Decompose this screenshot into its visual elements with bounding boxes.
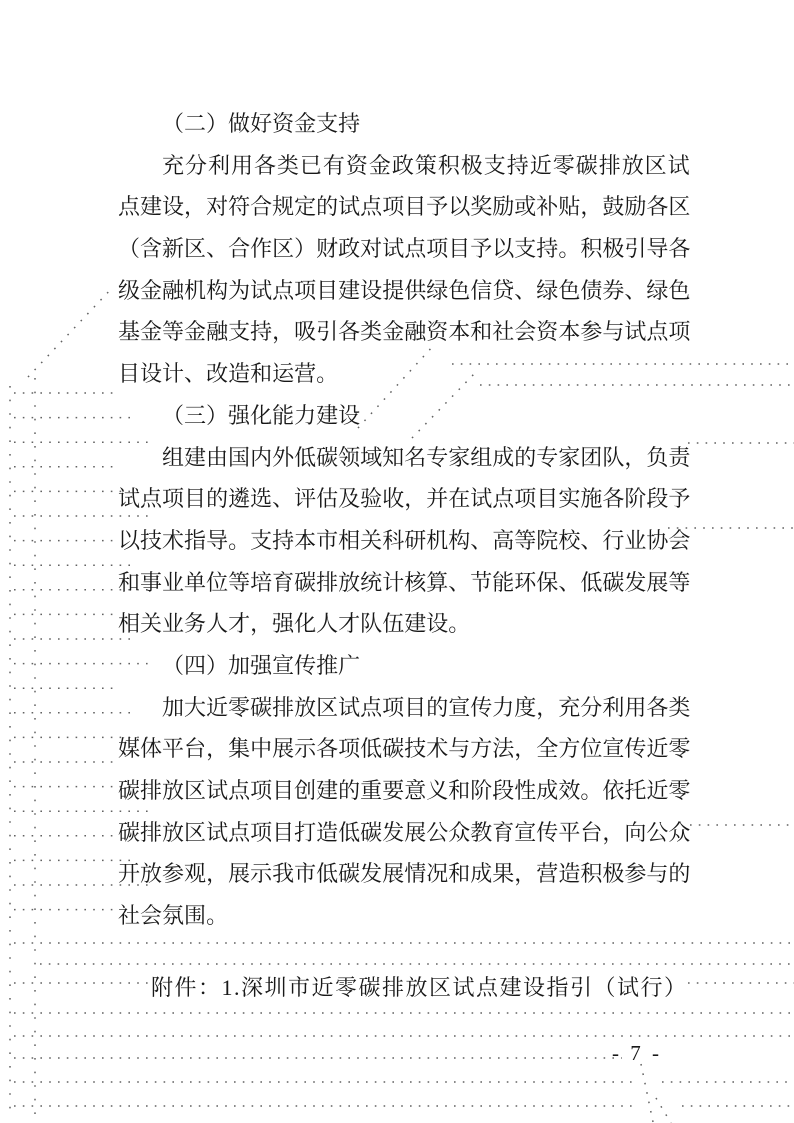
paragraph-line: （含新区、合作区）财政对试点项目予以支持。积极引导各 [118, 228, 690, 270]
section-heading: （三）强化能力建设 [118, 395, 690, 437]
document-body: （二）做好资金支持充分利用各类已有资金政策积极支持近零碳排放区试点建设，对符合规… [118, 103, 690, 937]
paragraph-line: 组建由国内外低碳领域知名专家组成的专家团队，负责 [118, 437, 690, 479]
section-heading: （二）做好资金支持 [118, 103, 690, 145]
paragraph-line: 开放参观，展示我市低碳发展情况和成果，营造积极参与的 [118, 853, 690, 895]
paragraph-line: 和事业单位等培育碳排放统计核算、节能环保、低碳发展等 [118, 562, 690, 604]
paragraph-line: 相关业务人才，强化人才队伍建设。 [118, 603, 690, 645]
paragraph-line: 社会氛围。 [118, 895, 690, 937]
paragraph-line: 媒体平台，集中展示各项低碳技术与方法，全方位宣传近零 [118, 728, 690, 770]
section-heading: （四）加强宣传推广 [118, 645, 690, 687]
attachment-line: 附件：1.深圳市近零碳排放区试点建设指引（试行） [151, 967, 688, 1009]
page-number: - 7 - [612, 1041, 662, 1066]
paragraph-line: 目设计、改造和运营。 [118, 353, 690, 395]
paragraph-line: 加大近零碳排放区试点项目的宣传力度，充分利用各类 [118, 687, 690, 729]
paragraph-line: 充分利用各类已有资金政策积极支持近零碳排放区试 [118, 145, 690, 187]
paragraph-line: 碳排放区试点项目打造低碳发展公众教育宣传平台，向公众 [118, 812, 690, 854]
paragraph-line: 以技术指导。支持本市相关科研机构、高等院校、行业协会 [118, 520, 690, 562]
paragraph-line: 碳排放区试点项目创建的重要意义和阶段性成效。依托近零 [118, 770, 690, 812]
paragraph-line: 级金融机构为试点项目建设提供绿色信贷、绿色债券、绿色 [118, 270, 690, 312]
paragraph-line: 基金等金融支持，吸引各类金融资本和社会资本参与试点项 [118, 311, 690, 353]
paragraph-line: 试点项目的遴选、评估及验收，并在试点项目实施各阶段予 [118, 478, 690, 520]
document-page: （二）做好资金支持充分利用各类已有资金政策积极支持近零碳排放区试点建设，对符合规… [0, 0, 794, 1123]
paragraph-line: 点建设，对符合规定的试点项目予以奖励或补贴，鼓励各区 [118, 186, 690, 228]
